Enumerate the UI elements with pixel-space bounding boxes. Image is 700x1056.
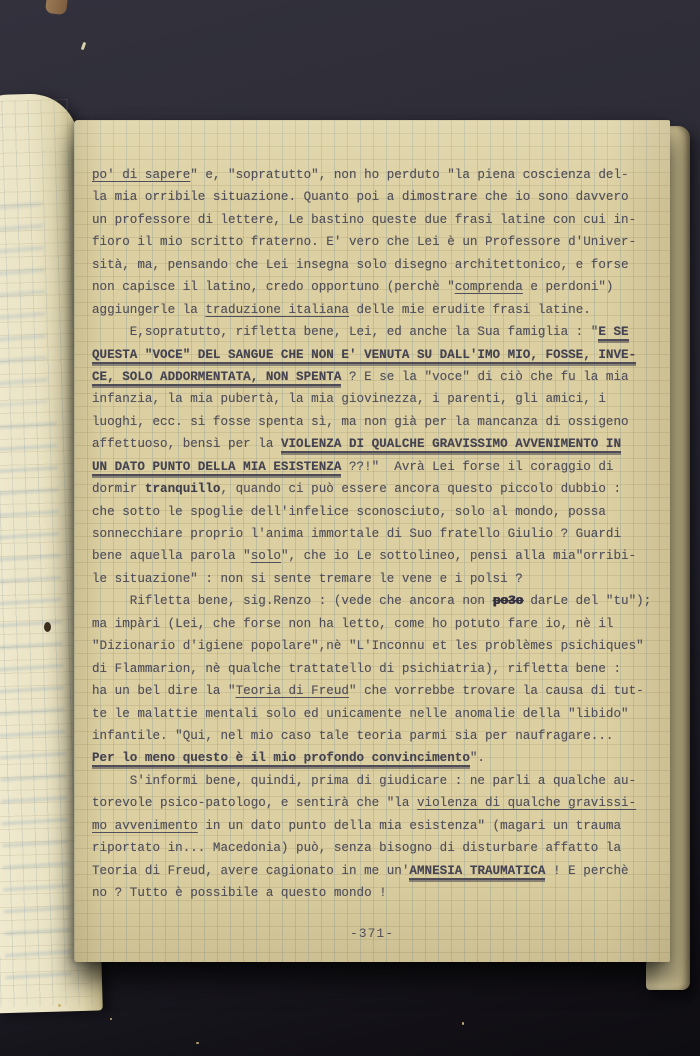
text-line: riportato in... Macedonia) può, senza bi… (92, 837, 654, 859)
text-segment: te le malattie mentali solo ed unicament… (92, 707, 629, 721)
text-line: Per lo meno questo è il mio profondo con… (92, 747, 654, 769)
text-segment: E SE (598, 325, 628, 339)
previous-page-showthrough-top (0, 202, 48, 406)
text-segment: comprenda (455, 280, 523, 294)
text-segment: no ? Tutto è possibile a questo mondo ! (92, 886, 387, 900)
text-segment: " che vorrebbe trovare la causa di tut- (349, 684, 644, 698)
text-segment: di Flammarion, nè qualche trattatello di… (92, 662, 621, 676)
text-segment: luoghi, ecc. si fosse spenta sì, ma non … (92, 415, 629, 429)
text-line: dormir tranquillo, quando ci può essere … (92, 478, 654, 500)
text-line: UN DATO PUNTO DELLA MIA ESISTENZA ??!" A… (92, 456, 654, 478)
text-segment: la mia orribile situazione. Quanto poi a… (92, 190, 629, 204)
text-segment: sità, ma, pensando che Lei insegna solo … (92, 258, 629, 272)
text-segment: "Dizionario d'igiene popolare",nè "L'Inc… (92, 639, 644, 653)
text-segment: e perdoni") (523, 280, 614, 294)
photo-background: { "colors": { "background": "#2b2a34", "… (0, 0, 700, 1056)
text-line: mo avvenimento in un dato punto della mi… (92, 815, 654, 837)
text-segment: VIOLENZA DI QUALCHE GRAVISSIMO AVVENIMEN… (281, 437, 621, 451)
text-line: CE, SOLO ADDORMENTATA, NON SPENTA ? E se… (92, 366, 654, 388)
text-segment: un professore di lettere, Le bastino que… (92, 213, 636, 227)
paper-speck (110, 1018, 112, 1020)
text-segment: delle mie erudite frasi latine. (349, 303, 591, 317)
text-line: QUESTA "VOCE" DEL SANGUE CHE NON E' VENU… (92, 344, 654, 366)
text-line: aggiungerle la traduzione italiana delle… (92, 299, 654, 321)
text-segment: ! E perchè (545, 864, 628, 878)
text-line: "Dizionario d'igiene popolare",nè "L'Inc… (92, 635, 654, 657)
text-segment: AMNESIA TRAUMATICA (409, 864, 545, 878)
text-line: ha un bel dire la "Teoria di Freud" che … (92, 680, 654, 702)
text-segment: dormir (92, 482, 145, 496)
text-segment: solo (251, 549, 281, 563)
text-segment: Rifletta bene, sig.Renzo : (vede che anc… (92, 594, 493, 608)
text-segment: ma impàri (Lei, che forse non ha letto, … (92, 617, 613, 631)
text-segment: CE, SOLO ADDORMENTATA, NON SPENTA (92, 370, 341, 384)
text-segment: ", che io Le sottolineo, pensi alla mia"… (281, 549, 636, 563)
text-segment: infantile. "Qui, nel mio caso tale teori… (92, 729, 613, 743)
text-segment: tranquillo (145, 482, 221, 496)
text-segment: , quando ci può essere ancora questo pic… (220, 482, 621, 496)
text-segment: in un dato punto della mia esistenza" (m… (198, 819, 621, 833)
text-segment: riportato in... Macedonia) può, senza bi… (92, 841, 621, 855)
paper-speck (81, 42, 87, 51)
text-segment: ha un bel dire la " (92, 684, 236, 698)
text-segment: po' di sapere (92, 168, 190, 182)
text-segment: " e, "sopratutto", non ho perduto "la pi… (190, 168, 628, 182)
text-segment: E,sopratutto, rifletta bene, Lei, ed anc… (92, 325, 598, 339)
text-segment: ? E se la "voce" di ciò che fu la mia (341, 370, 628, 384)
text-line: S'informi bene, quindi, prima di giudica… (92, 770, 654, 792)
typewritten-text: po' di sapere" e, "sopratutto", non ho p… (92, 164, 654, 904)
text-segment: aggiungerle la (92, 303, 205, 317)
text-line: E,sopratutto, rifletta bene, Lei, ed anc… (92, 321, 654, 343)
text-segment: QUESTA "VOCE" DEL SANGUE CHE NON E' VENU… (92, 348, 636, 362)
paper-speck (196, 1042, 199, 1044)
text-line: sità, ma, pensando che Lei insegna solo … (92, 254, 654, 276)
text-line: un professore di lettere, Le bastino que… (92, 209, 654, 231)
paper-speck (58, 1004, 61, 1007)
text-line: te le malattie mentali solo ed unicament… (92, 703, 654, 725)
text-segment: non capisce il latino, credo opportuno (… (92, 280, 455, 294)
text-line: le situazione" : non si sente tremare le… (92, 568, 654, 590)
text-segment: che sotto le spoglie dell'infelice scono… (92, 505, 606, 519)
document-page: po' di sapere" e, "sopratutto", non ho p… (74, 120, 670, 962)
text-segment: Teoria di Freud, avere cagionato in me u… (92, 864, 409, 878)
binding-peg (45, 0, 68, 15)
text-line: ma impàri (Lei, che forse non ha letto, … (92, 613, 654, 635)
text-line: po' di sapere" e, "sopratutto", non ho p… (92, 164, 654, 186)
text-segment: ". (470, 751, 485, 765)
paper-speck (462, 1022, 464, 1025)
text-line: che sotto le spoglie dell'infelice scono… (92, 501, 654, 523)
page-number: -371- (74, 926, 670, 941)
text-segment: mo avvenimento (92, 819, 198, 833)
text-segment: darLe del "tu"); (523, 594, 651, 608)
text-line: bene aquella parola "solo", che io Le so… (92, 545, 654, 567)
text-segment: infanzia, la mia pubertà, la mia giovine… (92, 392, 606, 406)
text-line: sonnecchiare proprio l'anima immortale d… (92, 523, 654, 545)
text-line: Teoria di Freud, avere cagionato in me u… (92, 860, 654, 882)
text-line: infantile. "Qui, nel mio caso tale teori… (92, 725, 654, 747)
text-segment: traduzione italiana (205, 303, 349, 317)
text-line: non capisce il latino, credo opportuno (… (92, 276, 654, 298)
text-segment: sonnecchiare proprio l'anima immortale d… (92, 527, 621, 541)
text-segment: Per lo meno questo è il mio profondo con… (92, 751, 470, 765)
text-segment: S'informi bene, quindi, prima di giudica… (92, 774, 636, 788)
paper-speck (44, 622, 51, 632)
text-segment: ??!" Avrà Lei forse il coraggio di (341, 460, 613, 474)
text-line: di Flammarion, nè qualche trattatello di… (92, 658, 654, 680)
text-line: fioro il mio scritto fraterno. E' vero c… (92, 231, 654, 253)
text-line: no ? Tutto è possibile a questo mondo ! (92, 882, 654, 904)
text-segment: po3o (493, 594, 523, 608)
previous-page-showthrough (0, 422, 72, 986)
text-line: luoghi, ecc. si fosse spenta sì, ma non … (92, 411, 654, 433)
text-line: la mia orribile situazione. Quanto poi a… (92, 186, 654, 208)
text-line: infanzia, la mia pubertà, la mia giovine… (92, 388, 654, 410)
text-line: torevole psico-patologo, e sentirà che "… (92, 792, 654, 814)
text-segment: le situazione" : non si sente tremare le… (92, 572, 523, 586)
text-segment: bene aquella parola " (92, 549, 251, 563)
text-segment: Teoria di Freud (236, 684, 349, 698)
text-segment: UN DATO PUNTO DELLA MIA ESISTENZA (92, 460, 341, 474)
text-line: affettuoso, bensì per la VIOLENZA DI QUA… (92, 433, 654, 455)
text-segment: torevole psico-patologo, e sentirà che "… (92, 796, 417, 810)
text-segment: affettuoso, bensì per la (92, 437, 281, 451)
text-segment: fioro il mio scritto fraterno. E' vero c… (92, 235, 636, 249)
text-segment: violenza di qualche gravissi- (417, 796, 636, 810)
text-line: Rifletta bene, sig.Renzo : (vede che anc… (92, 590, 654, 612)
